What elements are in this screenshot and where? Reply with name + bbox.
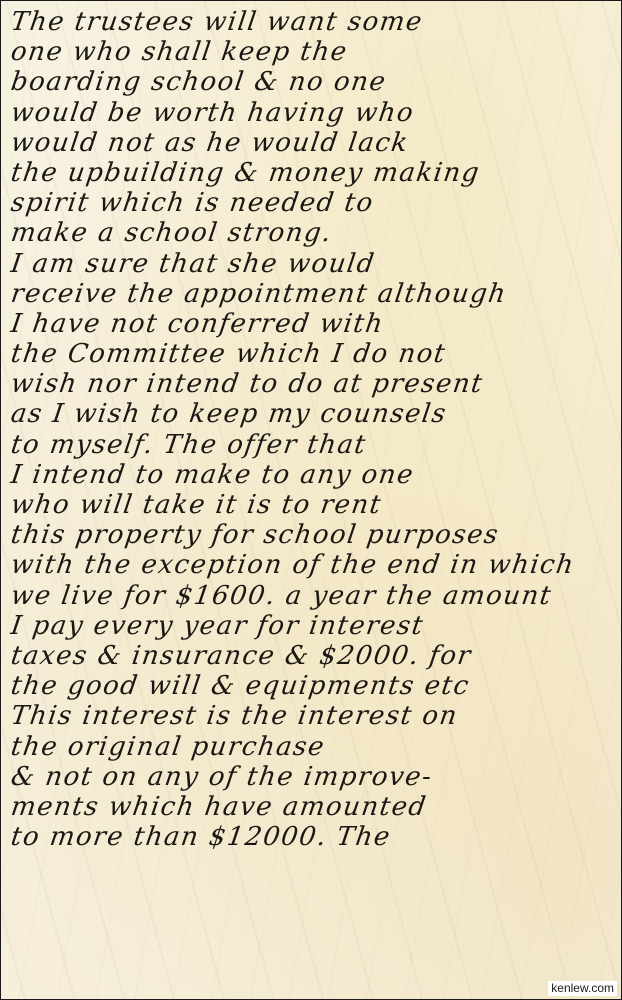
text-line: & not on any of the improve- [9,762,619,792]
text-line: boarding school & no one [9,67,619,97]
letter-page: The trustees will want some one who shal… [0,0,622,1000]
watermark: kenlew.com [548,981,617,996]
text-line: I have not conferred with [9,309,619,339]
text-line: who will take it is to rent [9,490,619,520]
text-line: I am sure that she would [9,249,619,279]
text-line: This interest is the interest on [9,701,619,731]
text-line: this property for school purposes [9,520,619,550]
handwritten-text: The trustees will want some one who shal… [9,7,615,852]
text-line: the good will & equipments etc [9,671,619,701]
text-line: would not as he would lack [9,128,619,158]
text-line: wish nor intend to do at present [9,369,619,399]
text-line: I pay every year for interest [9,611,619,641]
text-line: the upbuilding & money making [9,158,619,188]
text-line: the original purchase [9,732,619,762]
text-line: ments which have amounted [9,792,619,822]
text-line: The trustees will want some [9,7,619,37]
text-line: receive the appointment although [9,279,619,309]
text-line: the Committee which I do not [9,339,619,369]
text-line: I intend to make to any one [9,460,619,490]
text-line: to myself. The offer that [9,430,619,460]
text-line: spirit which is needed to [9,188,619,218]
text-line: one who shall keep the [9,37,619,67]
text-line: to more than $12000. The [9,822,619,852]
text-line: as I wish to keep my counsels [9,399,619,429]
text-line: we live for $1600. a year the amount [9,581,619,611]
text-line: make a school strong. [9,218,619,248]
text-line: would be worth having who [9,98,619,128]
text-line: with the exception of the end in which [9,550,619,580]
text-line: taxes & insurance & $2000. for [9,641,619,671]
